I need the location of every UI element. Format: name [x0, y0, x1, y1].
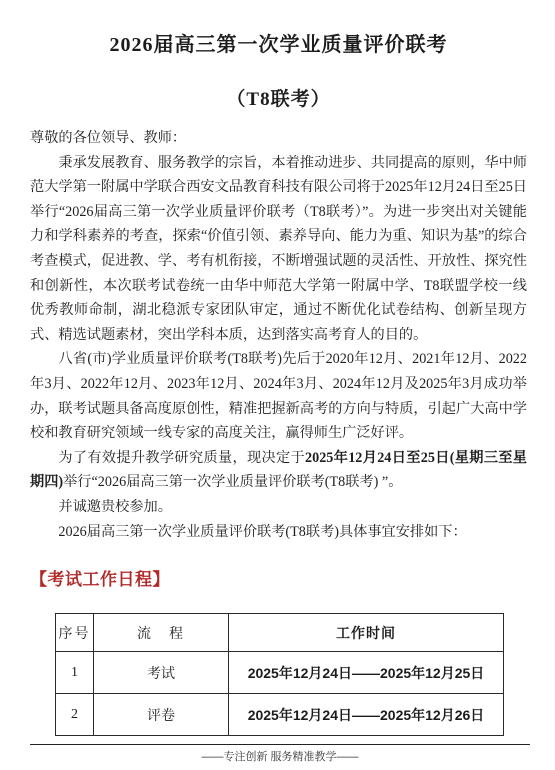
table-header-worktime: 工作时间: [229, 614, 504, 652]
table-row: 2 评卷 2025年12月24日——2025年12月26日: [56, 694, 504, 736]
exam-schedule-table: 序号 流 程 工作时间 1 考试 2025年12月24日——2025年12月25…: [55, 613, 504, 736]
document-title: 2026届高三第一次学业质量评价联考: [30, 28, 527, 57]
footer-slogan: ——专注创新 服务精准教学——: [201, 751, 358, 763]
paragraph-3-pre: 为了有效提升教学研究质量，现决定于: [58, 450, 305, 466]
table-header-number: 序号: [56, 614, 94, 652]
table-cell-worktime: 2025年12月24日——2025年12月26日: [229, 694, 504, 736]
paragraph-3: 为了有效提升教学研究质量，现决定于2025年12月24日至25日(星期三至星期四…: [30, 446, 527, 495]
paragraph-3-post: 举行“2026届高三第一次学业质量评价联考(T8联考) ”。: [63, 474, 402, 490]
page-footer: ——专注创新 服务精准教学——: [30, 744, 530, 764]
table-header-row: 序号 流 程 工作时间: [56, 614, 504, 652]
paragraph-2: 八省(市)学业质量评价联考(T8联考)先后于2020年12月、2021年12月、…: [30, 347, 527, 445]
table-cell-process: 评卷: [94, 694, 229, 736]
paragraph-5: 2026届高三第一次学业质量评价联考(T8联考)具体事宜安排如下：: [30, 520, 527, 545]
table-cell-worktime: 2025年12月24日——2025年12月25日: [229, 652, 504, 694]
table-cell-number: 1: [56, 652, 94, 694]
document-title-block: 2026届高三第一次学业质量评价联考 （T8联考）: [30, 28, 527, 111]
table-header-process: 流 程: [94, 614, 229, 652]
salutation: 尊敬的各位领导、教师：: [30, 126, 527, 151]
paragraph-4: 并诚邀贵校参加。: [30, 495, 527, 520]
table-cell-number: 2: [56, 694, 94, 736]
paragraph-1: 秉承发展教育、服务教学的宗旨，本着推动进步、共同提高的原则，华中师范大学第一附属…: [30, 151, 527, 348]
table-row: 1 考试 2025年12月24日——2025年12月25日: [56, 652, 504, 694]
document-subtitle: （T8联考）: [30, 84, 527, 111]
table-cell-process: 考试: [94, 652, 229, 694]
section-heading-exam-schedule: 【考试工作日程】: [30, 565, 527, 590]
document-page: 2026届高三第一次学业质量评价联考 （T8联考） 尊敬的各位领导、教师： 秉承…: [0, 0, 555, 770]
document-body: 尊敬的各位领导、教师： 秉承发展教育、服务教学的宗旨，本着推动进步、共同提高的原…: [30, 126, 527, 544]
